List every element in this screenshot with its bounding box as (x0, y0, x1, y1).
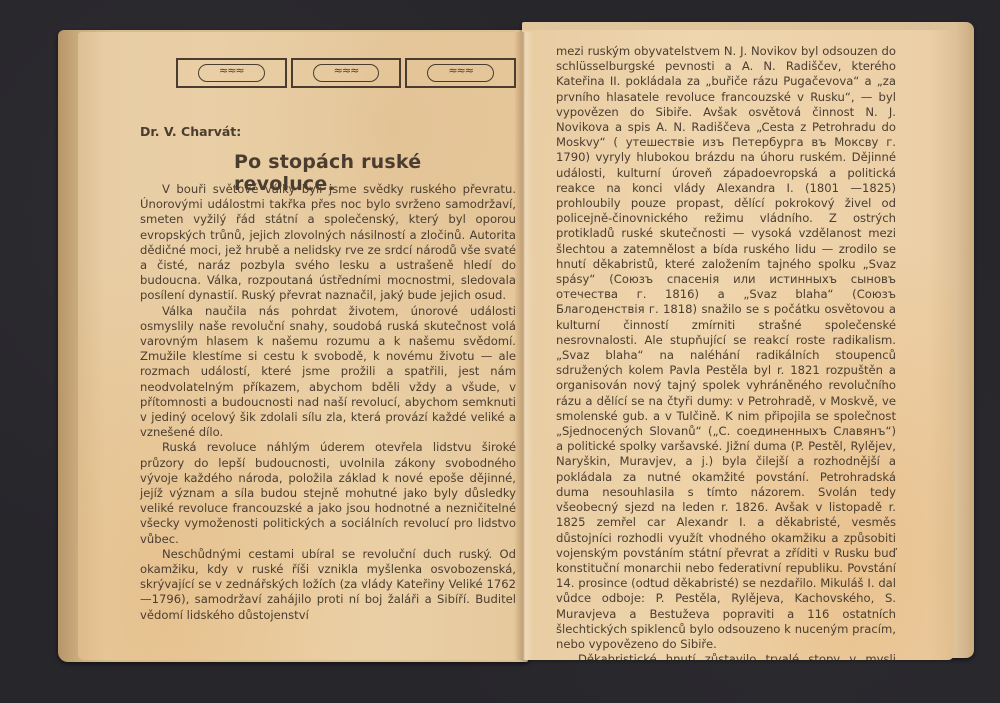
paragraph: Neschůdnými cestami ubíral se revoluční … (140, 547, 516, 623)
paragraph: mezi ruským obyvatelstvem N. J. Novikov … (556, 44, 896, 652)
left-page: Dr. V. Charvát: Po stopách ruské revoluc… (78, 32, 524, 660)
ornament-panel-icon (291, 58, 402, 88)
ornament-panel-icon (405, 58, 516, 88)
author-line: Dr. V. Charvát: (140, 124, 241, 139)
paragraph: Ruská revoluce náhlým úderem otevřela li… (140, 440, 516, 546)
paragraph: Děkabristické hnutí zůstavilo trvalé sto… (556, 652, 896, 660)
paragraph: Válka naučila nás pohrdat životem, únoro… (140, 304, 516, 441)
paragraph: V bouři světové války byli jsme svědky r… (140, 182, 516, 304)
decorative-header-ornament (176, 54, 516, 90)
book-gutter (514, 32, 534, 660)
left-page-body: V bouři světové války byli jsme svědky r… (140, 182, 516, 623)
right-page: mezi ruským obyvatelstvem N. J. Novikov … (522, 30, 954, 660)
ornament-panel-icon (176, 58, 287, 88)
right-page-body: mezi ruským obyvatelstvem N. J. Novikov … (556, 44, 896, 660)
open-book: Dr. V. Charvát: Po stopách ruské revoluc… (44, 22, 974, 672)
